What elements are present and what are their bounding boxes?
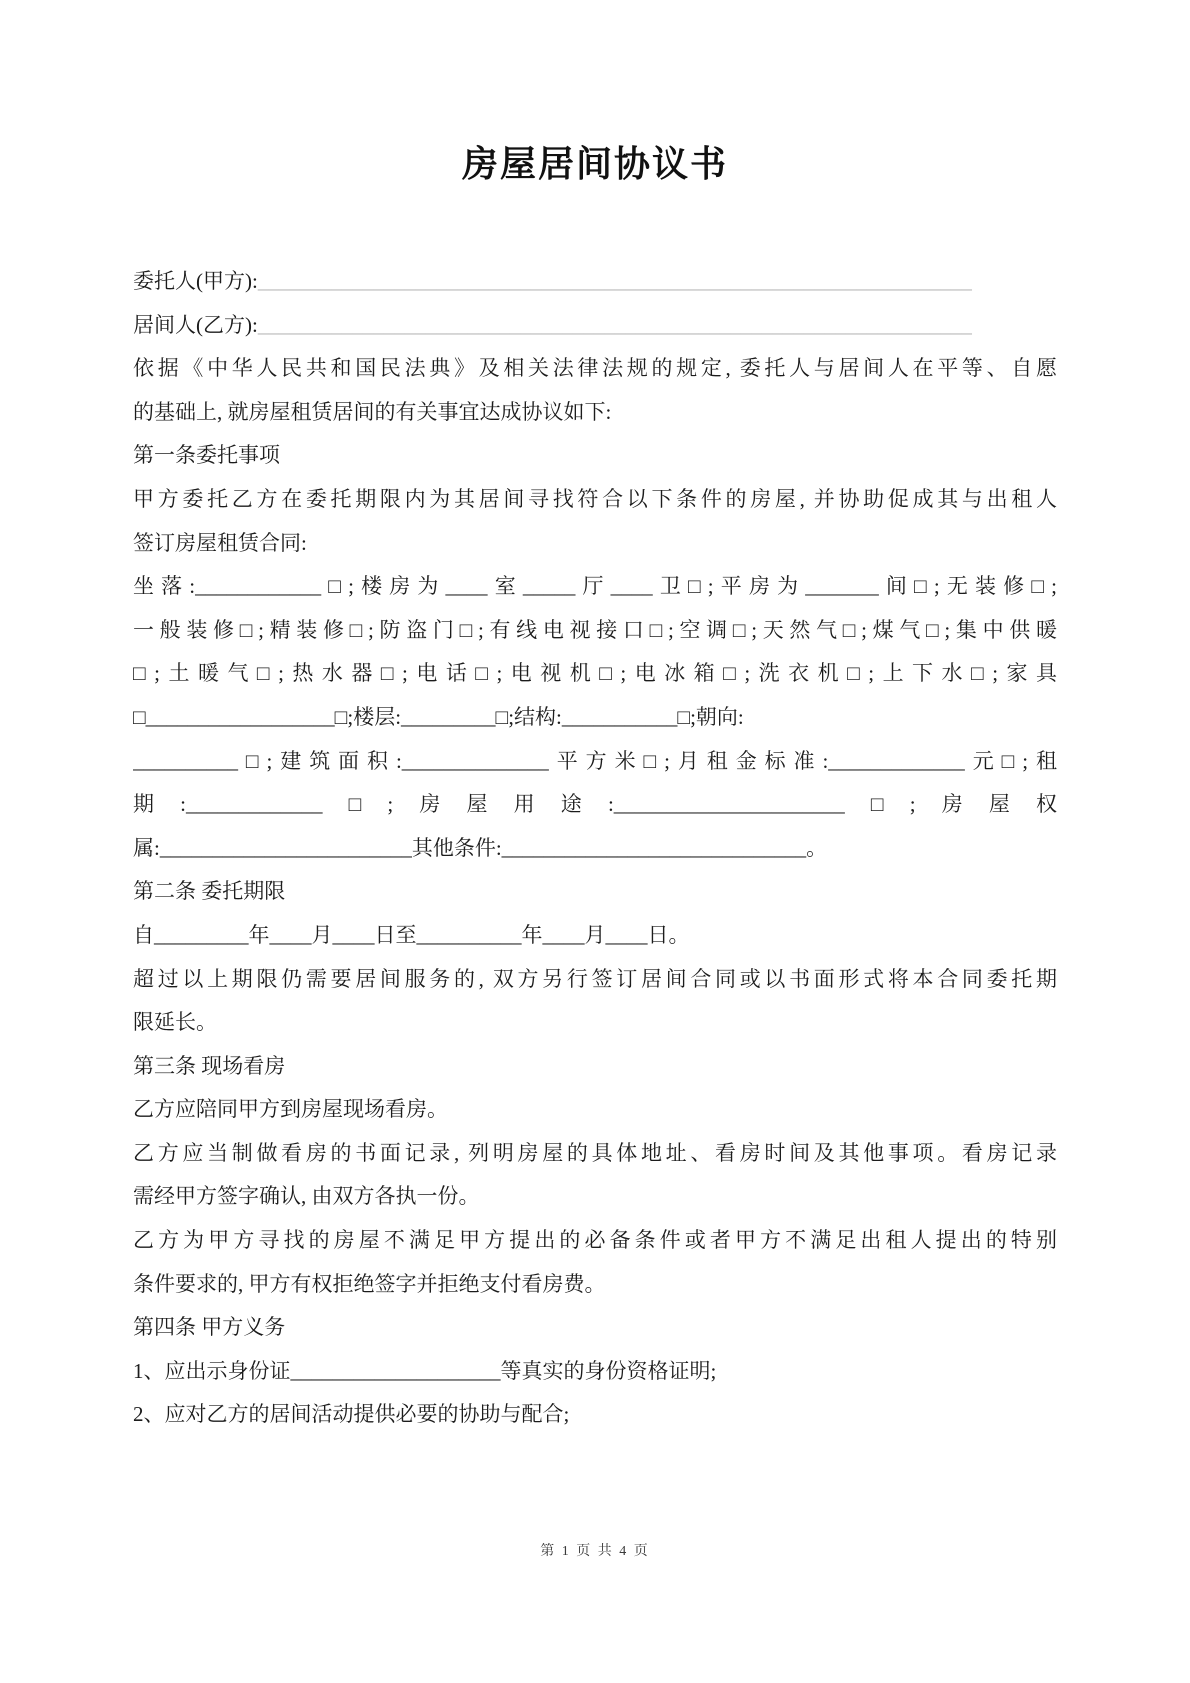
clause-2-line-2: 超过以上期限仍需要居间服务的, 双方另行签订居间合同或以书面形式将本合同委托期 bbox=[133, 958, 1057, 1002]
property-details-line-3: □;土暖气□;热水器□;电话□;电视机□;电冰箱□;洗衣机□;上下水□;家具 bbox=[133, 652, 1057, 696]
page-number-footer: 第 1 页 共 4 页 bbox=[0, 1540, 1190, 1560]
party-b-label: 居间人(乙方): bbox=[133, 313, 258, 337]
property-details-line-5: __________□;建筑面积:______________平方米□;月租金标… bbox=[133, 740, 1057, 784]
document-content: 委托人(甲方):________________________________… bbox=[133, 260, 1057, 1437]
preamble-line-2: 的基础上, 就房屋租赁居间的有关事宜达成协议如下: bbox=[133, 391, 1057, 435]
property-details-line-1: 坐落:____________□;楼房为____室_____厅____卫□;平房… bbox=[133, 565, 1057, 609]
clause-2-line-3: 限延长。 bbox=[133, 1001, 1057, 1045]
party-b-blank-line: ________________________________________… bbox=[258, 313, 972, 337]
document-page: 房屋居间协议书 委托人(甲方):________________________… bbox=[0, 0, 1190, 1683]
clause-4-item-1: 1、应出示身份证____________________等真实的身份资格证明; bbox=[133, 1350, 1057, 1394]
document-title: 房屋居间协议书 bbox=[0, 136, 1190, 187]
clause-1-line-2: 签订房屋租赁合同: bbox=[133, 522, 1057, 566]
clause-3-line-4: 乙方为甲方寻找的房屋不满足甲方提出的必备条件或者甲方不满足出租人提出的特别 bbox=[133, 1219, 1057, 1263]
property-details-line-6: 期:_____________□;房屋用途:__________________… bbox=[133, 783, 1057, 827]
clause-3-line-1: 乙方应陪同甲方到房屋现场看房。 bbox=[133, 1088, 1057, 1132]
party-a-blank-line: ________________________________________… bbox=[258, 269, 972, 293]
clause-3-heading: 第三条 现场看房 bbox=[133, 1045, 1057, 1089]
clause-3-line-2: 乙方应当制做看房的书面记录, 列明房屋的具体地址、看房时间及其他事项。看房记录 bbox=[133, 1132, 1057, 1176]
property-details-line-4: □__________________□;楼层:_________□;结构:__… bbox=[133, 696, 1057, 740]
clause-1-heading: 第一条委托事项 bbox=[133, 434, 1057, 478]
clause-2-heading: 第二条 委托期限 bbox=[133, 870, 1057, 914]
clause-3-line-3: 需经甲方签字确认, 由双方各执一份。 bbox=[133, 1175, 1057, 1219]
property-details-line-2: 一般装修□;精装修□;防盗门□;有线电视接口□;空调□;天然气□;煤气□;集中供… bbox=[133, 609, 1057, 653]
party-b-row: 居间人(乙方):________________________________… bbox=[133, 304, 1057, 348]
preamble-line-1: 依据《中华人民共和国民法典》及相关法律法规的规定, 委托人与居间人在平等、自愿 bbox=[133, 347, 1057, 391]
party-a-label: 委托人(甲方): bbox=[133, 269, 258, 293]
clause-3-line-5: 条件要求的, 甲方有权拒绝签字并拒绝支付看房费。 bbox=[133, 1263, 1057, 1307]
clause-1-line-1: 甲方委托乙方在委托期限内为其居间寻找符合以下条件的房屋, 并协助促成其与出租人 bbox=[133, 478, 1057, 522]
party-a-row: 委托人(甲方):________________________________… bbox=[133, 260, 1057, 304]
clause-4-heading: 第四条 甲方义务 bbox=[133, 1306, 1057, 1350]
clause-2-term-line: 自_________年____月____日至__________年____月__… bbox=[133, 914, 1057, 958]
clause-4-item-2: 2、应对乙方的居间活动提供必要的协助与配合; bbox=[133, 1393, 1057, 1437]
property-details-line-7: 属:________________________其他条件:_________… bbox=[133, 827, 1057, 871]
